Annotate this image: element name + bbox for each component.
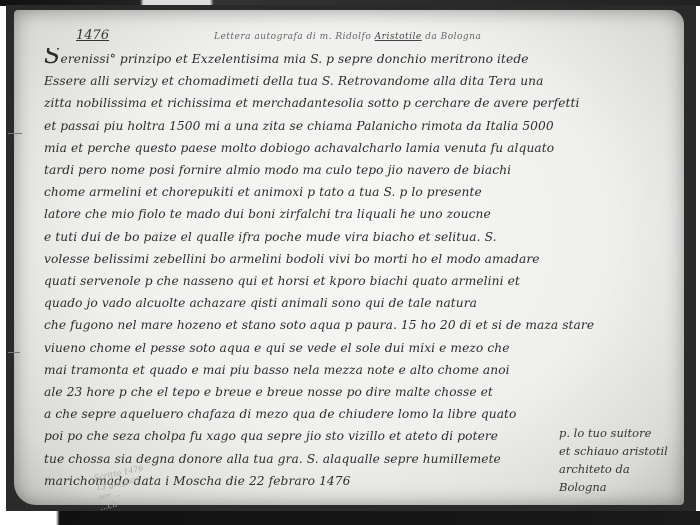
signature-line: Bologna [559,478,689,496]
letter-line: mai tramonta et quado e mai piu basso ne… [44,359,674,381]
letter-line: Essere alli servizy et chomadimeti della… [44,70,674,92]
scan-border-bottom [0,511,700,525]
archive-note-underlined: Aristotile [375,32,422,42]
letter-line: quati servenole p che nasseno qui et hor… [44,270,674,292]
archival-header: 1476 Lettera autografa di m. Ridolfo Ari… [14,26,684,46]
letter-line: zitta nobilissima et richissima et merch… [44,92,674,114]
letter-line: chome armelini et chorepukiti et animoxi… [44,181,674,203]
signature-line: p. lo tuo suitore [559,424,689,442]
letter-line: viueno chome el pesse soto aqua e qui se… [44,337,674,359]
year-annotation: 1476 [76,28,109,43]
archive-note-pre: Lettera autografa di m. Ridolfo [214,32,371,42]
letter-line: mia et perche questo paese molto dobiogo… [44,137,674,159]
letter-line: e tuti dui de bo paize el qualle ifra po… [44,226,674,248]
letter-line: latore che mio fiolo te mado dui boni zi… [44,203,674,225]
letter-line: quado jo vado alcuolte achazare qisti an… [44,292,674,314]
photo-frame: 1476 Lettera autografa di m. Ridolfo Ari… [0,0,700,525]
letter-line: tardi pero nome posi fornire almio modo … [44,159,674,181]
letter-line: a che sepre aqueluero chafaza di mezo qu… [44,403,674,425]
signature-line: et schiauo aristotil [559,442,689,460]
archive-note-post: da Bologna [425,32,481,42]
letter-line: che fugono nel mare hozeno et stano soto… [44,314,674,336]
margin-mark [8,352,20,353]
margin-mark [8,133,22,134]
archive-note: Lettera autografa di m. Ridolfo Aristoti… [214,32,481,42]
signature-block: p. lo tuo suitore et schiauo aristotil a… [559,424,689,496]
signature-line: architeto da [559,460,689,478]
letter-line: Serenissi° prinzipo et Exzelentisima mia… [44,48,674,70]
manuscript-sheet: 1476 Lettera autografa di m. Ridolfo Ari… [14,10,684,505]
letter-line: ale 23 hore p che el tepo e breue e breu… [44,381,674,403]
letter-line: et passai piu holtra 1500 mi a una zita … [44,115,674,137]
letter-line: volesse belissimi zebellini bo armelini … [44,248,674,270]
